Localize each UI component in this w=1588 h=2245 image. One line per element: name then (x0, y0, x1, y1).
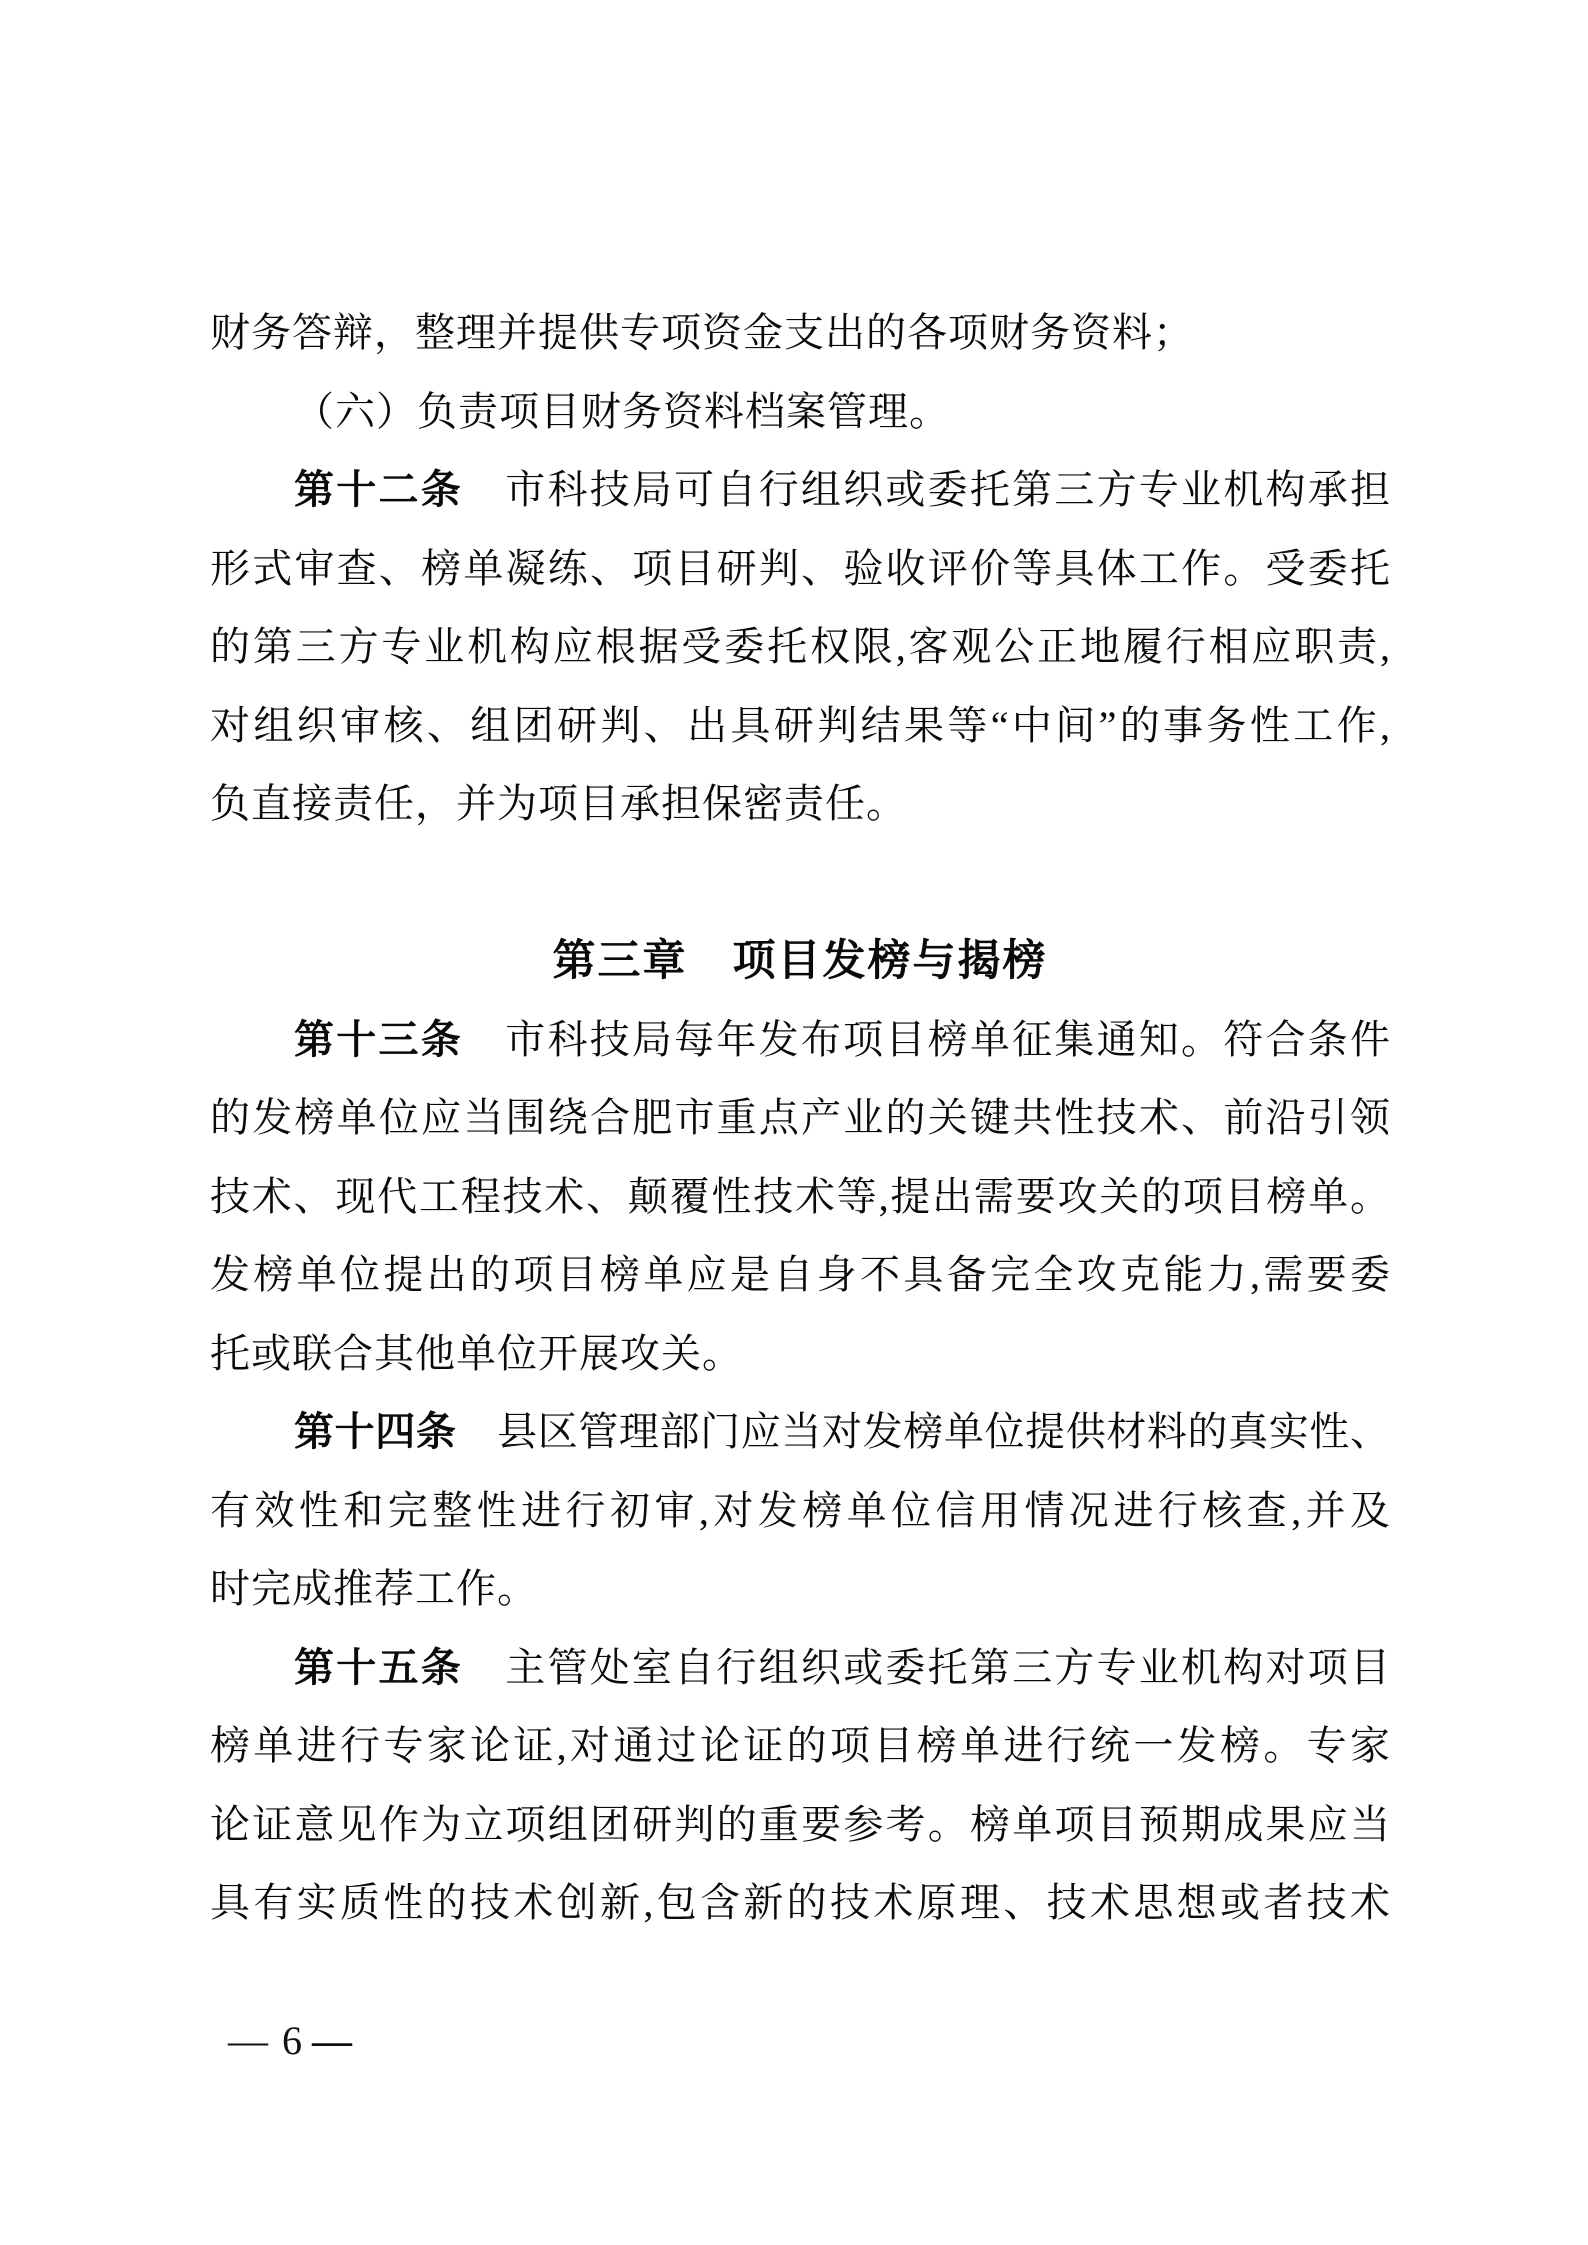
line-text: （六）负责项目财务资料档案管理。 (294, 389, 950, 434)
line-text: 对组织审核、组团研判、出具研判结果等“中间”的事务性工作, (210, 703, 1390, 748)
document-page: 财务答辩，整理并提供专项资金支出的各项财务资料； （六）负责项目财务资料档案管理… (0, 0, 1588, 2245)
text-line: 第十二条 市科技局可自行组织或委托第三方专业机构承担 (210, 451, 1390, 530)
blank-line (210, 844, 1390, 923)
line-text: 发榜单位提出的项目榜单应是自身不具备完全攻克能力,需要委 (210, 1252, 1390, 1297)
document-body: 财务答辩，整理并提供专项资金支出的各项财务资料； （六）负责项目财务资料档案管理… (210, 294, 1390, 1943)
line-text: 负直接责任，并为项目承担保密责任。 (210, 781, 907, 826)
text-line: 形式审查、榜单凝练、项目研判、验收评价等具体工作。受委托 (210, 530, 1390, 609)
text-line: 榜单进行专家论证,对通过论证的项目榜单进行统一发榜。专家 (210, 1707, 1390, 1786)
text-line: 有效性和完整性进行初审,对发榜单位信用情况进行核查,并及 (210, 1472, 1390, 1551)
text-line: 的第三方专业机构应根据受委托权限,客观公正地履行相应职责, (210, 608, 1390, 687)
text-line: 具有实质性的技术创新,包含新的技术原理、技术思想或者技术 (210, 1864, 1390, 1943)
chapter-heading-text: 第三章 项目发榜与揭榜 (553, 937, 1048, 985)
page-number: 6 (282, 2018, 302, 2063)
line-text: 榜单进行专家论证,对通过论证的项目榜单进行统一发榜。专家 (210, 1723, 1390, 1768)
page-footer: —6— (228, 2016, 352, 2066)
line-text: 托或联合其他单位开展攻关。 (210, 1331, 743, 1376)
line-text: 技术、现代工程技术、颠覆性技术等,提出需要攻关的项目榜单。 (210, 1174, 1390, 1219)
line-text: 的第三方专业机构应根据受委托权限,客观公正地履行相应职责, (210, 624, 1390, 669)
text-line: 对组织审核、组团研判、出具研判结果等“中间”的事务性工作, (210, 687, 1390, 766)
line-text: 市科技局每年发布项目榜单征集通知。符合条件 (463, 1017, 1390, 1062)
line-text: 财务答辩，整理并提供专项资金支出的各项财务资料； (210, 310, 1194, 355)
line-text: 县区管理部门应当对发榜单位提供材料的真实性、 (456, 1409, 1390, 1454)
line-text: 时完成推荐工作。 (210, 1566, 538, 1611)
text-line: （六）负责项目财务资料档案管理。 (210, 373, 1390, 452)
text-line: 论证意见作为立项组团研判的重要参考。榜单项目预期成果应当 (210, 1786, 1390, 1865)
line-text: 主管处室自行组织或委托第三方专业机构对项目 (463, 1645, 1390, 1690)
text-line: 第十四条 县区管理部门应当对发榜单位提供材料的真实性、 (210, 1393, 1390, 1472)
article-number: 第十四条 (294, 1410, 456, 1454)
line-text: 具有实质性的技术创新,包含新的技术原理、技术思想或者技术 (210, 1880, 1390, 1925)
footer-dash-left: — (228, 2018, 268, 2063)
line-text: 有效性和完整性进行初审,对发榜单位信用情况进行核查,并及 (210, 1488, 1390, 1533)
text-line: 托或联合其他单位开展攻关。 (210, 1315, 1390, 1394)
line-text: 论证意见作为立项组团研判的重要参考。榜单项目预期成果应当 (210, 1802, 1390, 1847)
line-text: 形式审查、榜单凝练、项目研判、验收评价等具体工作。受委托 (210, 546, 1390, 591)
text-line: 财务答辩，整理并提供专项资金支出的各项财务资料； (210, 294, 1390, 373)
text-line: 技术、现代工程技术、颠覆性技术等,提出需要攻关的项目榜单。 (210, 1158, 1390, 1237)
text-line: 时完成推荐工作。 (210, 1550, 1390, 1629)
footer-dash-right: — (312, 2018, 352, 2063)
chapter-heading: 第三章 项目发榜与揭榜 (210, 922, 1390, 1001)
text-line: 负直接责任，并为项目承担保密责任。 (210, 765, 1390, 844)
line-text: 市科技局可自行组织或委托第三方专业机构承担 (463, 467, 1390, 512)
text-line: 的发榜单位应当围绕合肥市重点产业的关键共性技术、前沿引领 (210, 1079, 1390, 1158)
article-number: 第十三条 (294, 1018, 463, 1062)
article-number: 第十五条 (294, 1646, 463, 1690)
text-line: 第十三条 市科技局每年发布项目榜单征集通知。符合条件 (210, 1001, 1390, 1080)
text-line: 发榜单位提出的项目榜单应是自身不具备完全攻克能力,需要委 (210, 1236, 1390, 1315)
line-text: 的发榜单位应当围绕合肥市重点产业的关键共性技术、前沿引领 (210, 1095, 1390, 1140)
text-line: 第十五条 主管处室自行组织或委托第三方专业机构对项目 (210, 1629, 1390, 1708)
article-number: 第十二条 (294, 468, 463, 512)
